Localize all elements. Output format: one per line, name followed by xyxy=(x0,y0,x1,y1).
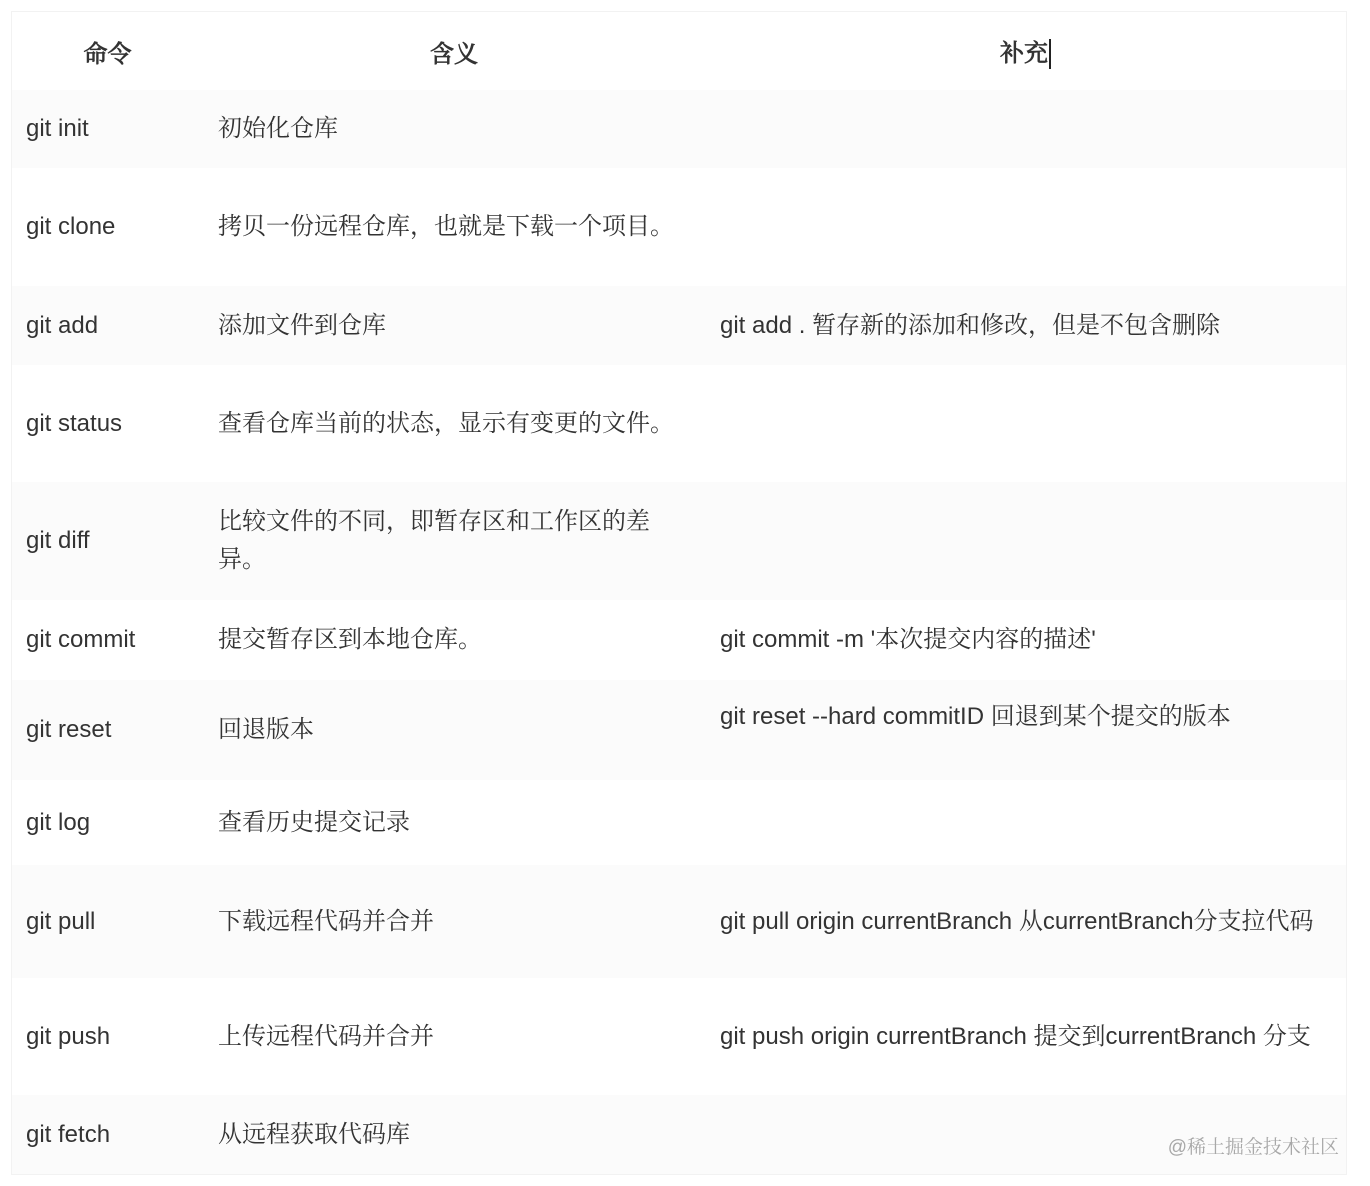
watermark: @稀土掘金技术社区 xyxy=(1168,1132,1339,1159)
cell-note[interactable] xyxy=(705,365,1346,482)
cell-note[interactable]: git add . 暂存新的添加和修改，但是不包含删除 xyxy=(705,286,1346,365)
cell-command[interactable]: git init xyxy=(12,90,203,168)
cell-meaning[interactable]: 查看仓库当前的状态，显示有变更的文件。 xyxy=(203,365,705,482)
table-row: git pull 下载远程代码并合并 git pull origin curre… xyxy=(12,865,1346,978)
cell-meaning[interactable]: 从远程获取代码库 xyxy=(203,1095,705,1174)
cell-meaning[interactable]: 添加文件到仓库 xyxy=(203,286,705,365)
cell-note[interactable] xyxy=(705,780,1346,865)
cell-command[interactable]: git push xyxy=(12,978,203,1095)
cell-note[interactable]: git commit -m '本次提交内容的描述' xyxy=(705,600,1346,680)
text-cursor xyxy=(1049,39,1051,69)
table-row: git init 初始化仓库 xyxy=(12,90,1346,168)
header-meaning-label: 含义 xyxy=(430,41,478,68)
cell-note[interactable]: git push origin currentBranch 提交到current… xyxy=(705,978,1346,1095)
table-row: git diff 比较文件的不同，即暂存区和工作区的差异。 xyxy=(12,482,1346,600)
table-row: git reset 回退版本 git reset --hard commitID… xyxy=(12,680,1346,780)
header-note[interactable]: 补充 xyxy=(705,12,1346,90)
table-row: git clone 拷贝一份远程仓库，也就是下载一个项目。 xyxy=(12,168,1346,286)
cell-note[interactable] xyxy=(705,168,1346,286)
cell-meaning[interactable]: 查看历史提交记录 xyxy=(203,780,705,865)
cell-note[interactable]: git reset --hard commitID 回退到某个提交的版本 xyxy=(705,680,1346,780)
cell-command[interactable]: git add xyxy=(12,286,203,365)
git-commands-table-container: 命令 含义 补充 git init 初始化仓库 git clone 拷贝一份远程… xyxy=(11,11,1347,1175)
cell-meaning[interactable]: 提交暂存区到本地仓库。 xyxy=(203,600,705,680)
cell-meaning[interactable]: 上传远程代码并合并 xyxy=(203,978,705,1095)
cell-meaning[interactable]: 回退版本 xyxy=(203,680,705,780)
cell-meaning[interactable]: 比较文件的不同，即暂存区和工作区的差异。 xyxy=(203,482,705,600)
table-row: git add 添加文件到仓库 git add . 暂存新的添加和修改，但是不包… xyxy=(12,286,1346,365)
table-row: git log 查看历史提交记录 xyxy=(12,780,1346,865)
table-row: git fetch 从远程获取代码库 xyxy=(12,1095,1346,1174)
cell-command[interactable]: git reset xyxy=(12,680,203,780)
cell-command[interactable]: git pull xyxy=(12,865,203,978)
cell-command[interactable]: git clone xyxy=(12,168,203,286)
cell-note[interactable] xyxy=(705,482,1346,600)
cell-command[interactable]: git fetch xyxy=(12,1095,203,1174)
table-header-row: 命令 含义 补充 xyxy=(12,12,1346,90)
git-commands-table: 命令 含义 补充 git init 初始化仓库 git clone 拷贝一份远程… xyxy=(12,12,1346,1174)
cell-note[interactable]: git pull origin currentBranch 从currentBr… xyxy=(705,865,1346,978)
cell-meaning[interactable]: 下载远程代码并合并 xyxy=(203,865,705,978)
table-row: git commit 提交暂存区到本地仓库。 git commit -m '本次… xyxy=(12,600,1346,680)
cell-meaning[interactable]: 拷贝一份远程仓库，也就是下载一个项目。 xyxy=(203,168,705,286)
table-row: git status 查看仓库当前的状态，显示有变更的文件。 xyxy=(12,365,1346,482)
cell-command[interactable]: git status xyxy=(12,365,203,482)
cell-note[interactable] xyxy=(705,90,1346,168)
header-command-label: 命令 xyxy=(84,41,132,68)
header-command: 命令 xyxy=(12,12,203,90)
cell-command[interactable]: git log xyxy=(12,780,203,865)
cell-meaning[interactable]: 初始化仓库 xyxy=(203,90,705,168)
header-note-label: 补充 xyxy=(1000,40,1048,67)
table-row: git push 上传远程代码并合并 git push origin curre… xyxy=(12,978,1346,1095)
cell-command[interactable]: git commit xyxy=(12,600,203,680)
header-meaning: 含义 xyxy=(203,12,705,90)
cell-command[interactable]: git diff xyxy=(12,482,203,600)
